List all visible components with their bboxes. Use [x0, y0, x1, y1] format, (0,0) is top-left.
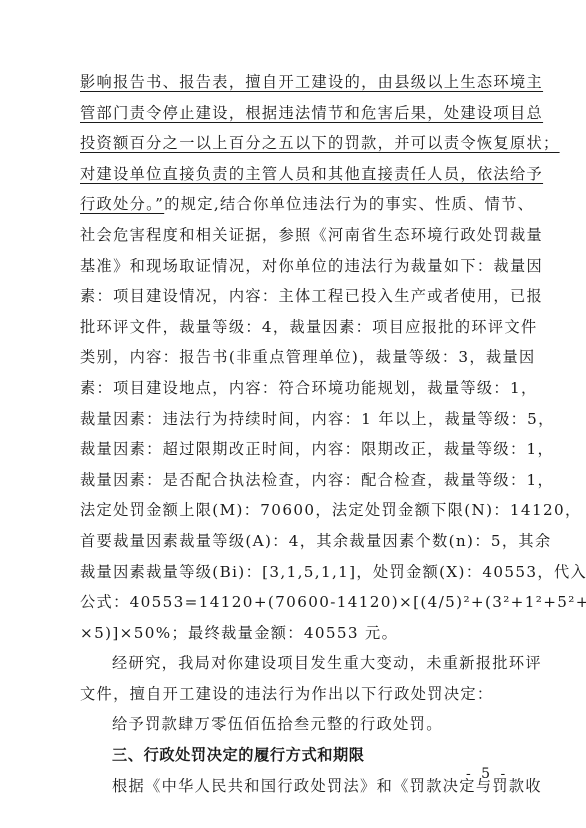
text-line: 素：项目建设地点，内容：符合环境功能规划，裁量等级：1，	[80, 373, 514, 404]
document-page: 影响报告书、报告表，擅自开工建设的，由县级以上生态环境主 管部门责令停止建设，根…	[0, 0, 586, 828]
text-line: 裁量因素：违法行为持续时间，内容：1 年以上，裁量等级：5，	[80, 404, 514, 435]
text-line: 类别，内容：报告书(非重点管理单位)，裁量等级：3，裁量因	[80, 342, 514, 373]
text-line: 裁量因素：是否配合执法检查，内容：配合检查，裁量等级：1，	[80, 465, 514, 496]
text-line: 首要裁量因素裁量等级(A)：4，其余裁量因素个数(n)：5，其余	[80, 526, 514, 557]
text-line: 文件，擅自开工建设的违法行为作出以下行政处罚决定：	[80, 679, 514, 710]
paragraph-text: 的规定,结合你单位违法行为的事实、性质、情节、	[164, 195, 534, 213]
text-line: 批环评文件，裁量等级：4，裁量因素：项目应报批的环评文件	[80, 312, 514, 343]
text-line: 行政处分。”的规定,结合你单位违法行为的事实、性质、情节、	[80, 189, 514, 220]
penalty-decision-line: 给予罚款肆万零伍佰伍拾叁元整的行政处罚。	[80, 709, 514, 740]
document-body: 影响报告书、报告表，擅自开工建设的，由县级以上生态环境主 管部门责令停止建设，根…	[80, 67, 514, 801]
formula-line-end: ×5)]×50%；最终裁量金额：40553 元。	[80, 618, 514, 649]
underlined-quote: 影响报告书、报告表，擅自开工建设的，由县级以上生态环境主	[80, 73, 543, 91]
text-line: 投资额百分之一以上百分之五以下的罚款，并可以责令恢复原状；	[80, 128, 514, 159]
text-line: 裁量因素：超过限期改正时间，内容：限期改正，裁量等级：1，	[80, 434, 514, 465]
text-line: 法定处罚金额上限(M)：70600，法定处罚金额下限(N)：14120，	[80, 495, 514, 526]
underlined-quote: 管部门责令停止建设，根据违法情节和危害后果，处建设项目总	[80, 104, 543, 122]
text-line: 经研究，我局对你建设项目发生重大变动，未重新报批环评	[80, 648, 514, 679]
underlined-quote: 对建设单位直接负责的主管人员和其他直接责任人员，依法给予	[80, 165, 543, 183]
text-line: 根据《中华人民共和国行政处罚法》和《罚款决定与罚款收	[80, 771, 514, 802]
text-line: 裁量因素裁量等级(Bi)：[3,1,5,1,1]，处罚金额(X)：40553，代…	[80, 557, 514, 588]
section-heading: 三、行政处罚决定的履行方式和期限	[80, 740, 514, 771]
text-line: 社会危害程度和相关证据，参照《河南省生态环境行政处罚裁量	[80, 220, 514, 251]
underlined-quote: 投资额百分之一以上百分之五以下的罚款，并可以责令恢复原状；	[80, 134, 560, 152]
text-line: 管部门责令停止建设，根据违法情节和危害后果，处建设项目总	[80, 98, 514, 129]
formula-line: 公式：40553=14120+(70600-14120)×[(4/5)²+(3²…	[80, 587, 514, 618]
text-line: 对建设单位直接负责的主管人员和其他直接责任人员，依法给予	[80, 159, 514, 190]
page-number: - 5 -	[466, 766, 508, 782]
text-line: 素：项目建设情况，内容：主体工程已投入生产或者使用，已报	[80, 281, 514, 312]
underlined-quote-end: 行政处分。”	[80, 195, 164, 213]
text-line: 影响报告书、报告表，擅自开工建设的，由县级以上生态环境主	[80, 67, 514, 98]
text-line: 基准》和现场取证情况，对你单位的违法行为裁量如下：裁量因	[80, 251, 514, 282]
